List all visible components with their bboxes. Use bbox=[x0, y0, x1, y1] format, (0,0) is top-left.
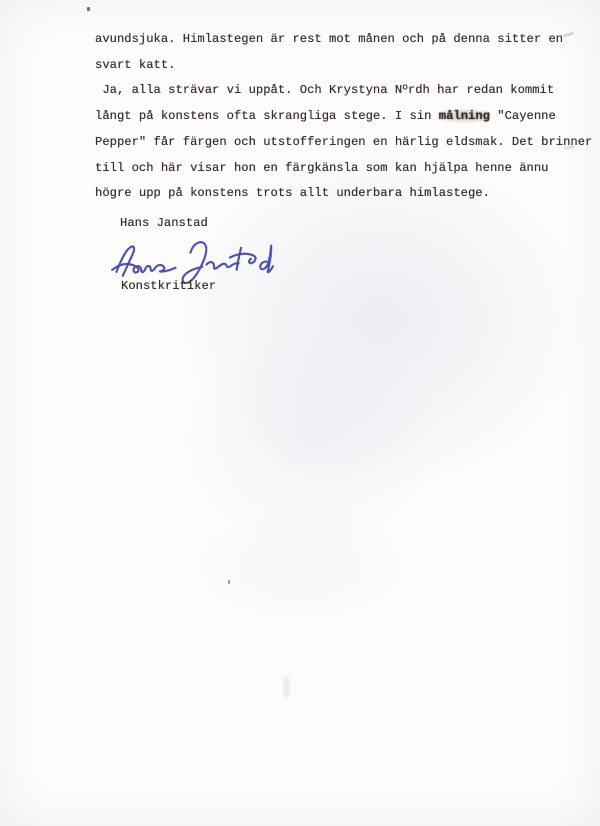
ink-speck bbox=[228, 580, 230, 584]
typed-text-segment: Ja, alla strävar vi uppåt. Och Krystyna … bbox=[95, 83, 402, 97]
typed-text-line: Pepper" får färgen och utstofferingen en… bbox=[95, 130, 592, 156]
typed-text-line: långt på konstens ofta skrangliga stege.… bbox=[95, 104, 592, 130]
paper-stain bbox=[283, 676, 290, 698]
ink-speck bbox=[87, 7, 90, 11]
typed-text-segment: långt på konstens ofta skrangliga stege.… bbox=[95, 109, 439, 123]
typed-text-line: Ja, alla strävar vi uppåt. Och Krystyna … bbox=[95, 78, 592, 104]
scanned-letter-page: avundsjuka. Himlastegen är rest mot måne… bbox=[0, 0, 600, 826]
typed-text-segment: "Cayenne bbox=[490, 109, 556, 123]
typed-text-segment: högre upp på konstens trots allt underba… bbox=[95, 186, 490, 200]
typed-text-line: till och här visar hon en färgkänsla som… bbox=[95, 156, 592, 182]
typed-text-segment-smudge: målning bbox=[439, 109, 490, 123]
typed-text-line: svart katt. bbox=[95, 53, 592, 79]
typed-text-segment: till och här visar hon en färgkänsla som… bbox=[95, 161, 548, 175]
typed-signer-name: Hans Janstad bbox=[120, 216, 208, 230]
typed-text-segment: rdh har redan kommit bbox=[408, 83, 554, 97]
letter-body: avundsjuka. Himlastegen är rest mot måne… bbox=[95, 27, 592, 207]
signer-title: Konstkritiker bbox=[121, 279, 216, 293]
typed-text-segment-sup: o bbox=[402, 75, 408, 101]
typed-text-line: avundsjuka. Himlastegen är rest mot måne… bbox=[95, 27, 592, 53]
typed-text-segment: svart katt. bbox=[95, 58, 175, 72]
typed-text-line: högre upp på konstens trots allt underba… bbox=[95, 181, 592, 207]
typed-text-segment: avundsjuka. Himlastegen är rest mot måne… bbox=[95, 32, 563, 46]
typed-text-segment: Pepper" får färgen och utstofferingen en… bbox=[95, 135, 592, 149]
